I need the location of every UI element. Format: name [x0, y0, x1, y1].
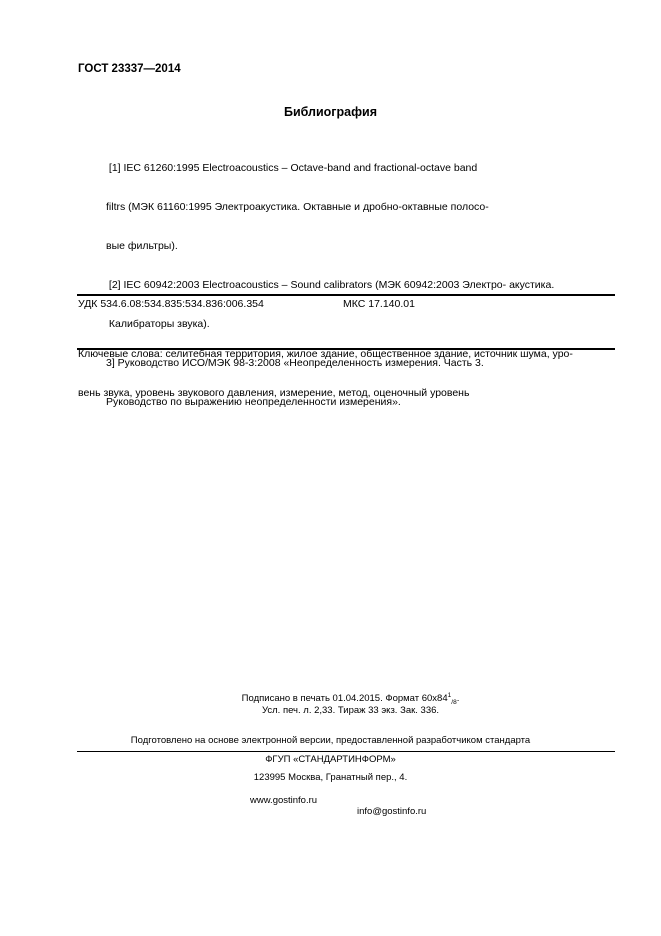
publisher-name: ФГУП «СТАНДАРТИНФОРМ» [0, 754, 661, 766]
mks-code: МКС 17.140.01 [343, 298, 415, 310]
signed-line: Подписано в печать 01.04.2015. Формат 60… [20, 693, 661, 705]
keywords-divider [77, 348, 615, 350]
bibliography-line: filtrs (МЭК 61160:1995 Электроакустика. … [106, 201, 554, 214]
top-divider [77, 294, 615, 296]
prepared-note: Подготовлено на основе электронной верси… [0, 735, 661, 747]
bibliography-line: [1] IEC 61260:1995 Electroacoustics – Oc… [106, 162, 554, 175]
format-fraction-numerator: 1 [448, 692, 452, 699]
imprint-signed: Подписано в печать 01.04.2015. Формат 60… [20, 693, 661, 717]
udk-code: УДК 534.6.08:534.835:534.836:006.354 [78, 298, 264, 310]
bibliography-line: вые фильтры). [106, 240, 554, 253]
footer-divider [77, 751, 615, 752]
keywords-line: вень звука, уровень звукового давления, … [78, 387, 573, 400]
email-link[interactable]: info@gostinfo.ru [357, 806, 426, 817]
keywords: Ключевые слова: селитебная территория, ж… [78, 322, 573, 413]
publisher-address: 123995 Москва, Гранатный пер., 4. [0, 772, 661, 784]
bibliography-line: [2] IEC 60942:2003 Electroacoustics – So… [106, 279, 554, 292]
website-link[interactable]: www.gostinfo.ru [250, 795, 317, 806]
document-code: ГОСТ 23337—2014 [78, 63, 181, 75]
bibliography-title: Библиография [0, 105, 661, 119]
contact-row: www.gostinfo.ru info@gostinfo.ru [0, 784, 661, 817]
print-info: Усл. печ. л. 2,33. Тираж 33 экз. Зак. 33… [20, 705, 661, 717]
